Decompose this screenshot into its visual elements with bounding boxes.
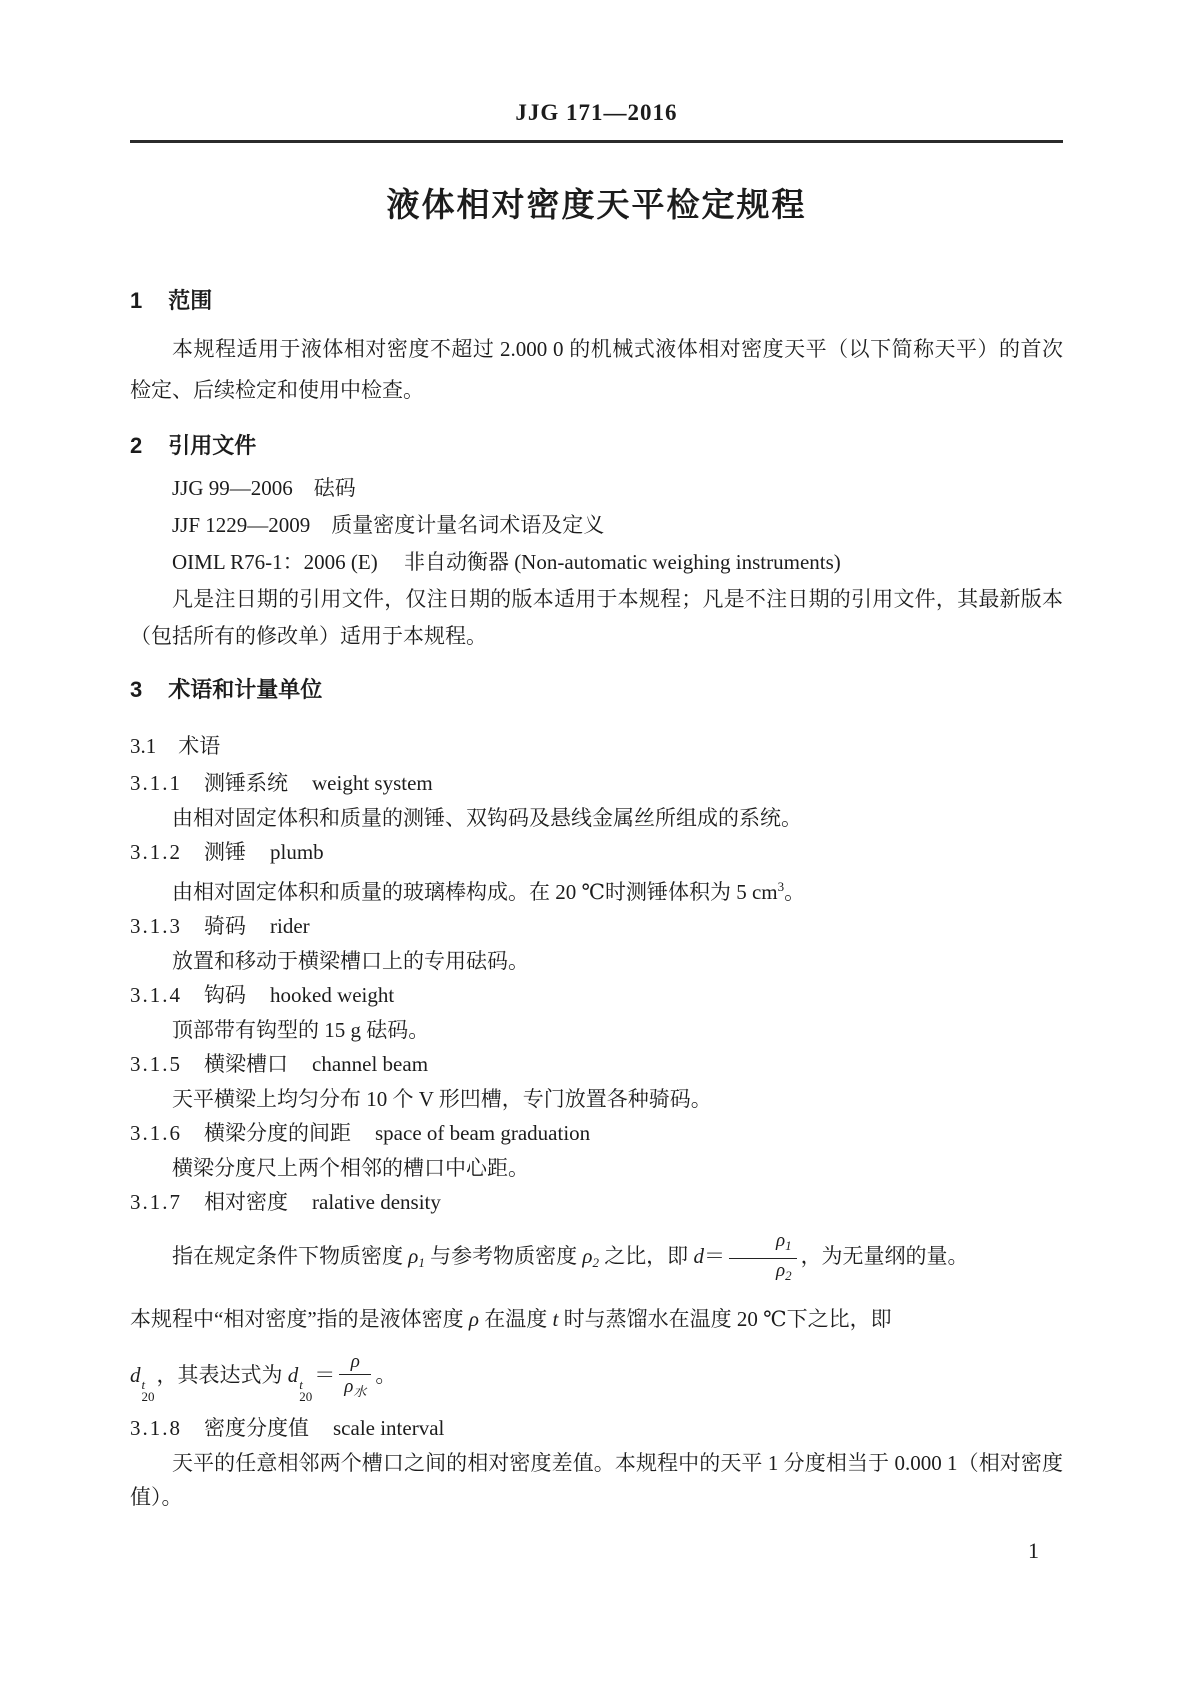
subsection-3-1-heading: 3.1术语: [130, 730, 1063, 762]
subsection-number: 3.1: [130, 734, 156, 758]
formula-text: ，其表达式为: [157, 1363, 288, 1387]
reference-item: JJF 1229—2009 质量密度计量名词术语及定义: [130, 507, 1063, 544]
formula-text: 之比，即: [599, 1244, 694, 1268]
definition-text: 由相对固定体积和质量的玻璃棒构成。在 20 ℃时测锤体积为 5 cm: [172, 880, 778, 904]
formula-paragraph-3: dt20，其表达式为 dt20＝ρρ水。: [130, 1347, 1063, 1403]
formula-text: 时与蒸馏水在温度 20 ℃下之比，即: [558, 1307, 891, 1331]
term-name-zh: 骑码: [204, 915, 246, 938]
section-title: 术语和计量单位: [168, 677, 322, 702]
term-heading-3-1-2: 3.1.2测锤plumb: [130, 835, 1063, 870]
term-name-en: space of beam graduation: [375, 1121, 590, 1145]
reference-list: JJG 99—2006 砝码 JJF 1229—2009 质量密度计量名词术语及…: [130, 470, 1063, 655]
equals-sign: ＝: [704, 1244, 725, 1268]
term-number: 3.1.5: [130, 1052, 182, 1076]
term-name-en: scale interval: [333, 1416, 444, 1440]
term-name-zh: 测锤: [204, 841, 246, 864]
term-name-zh: 横梁槽口: [204, 1053, 288, 1076]
document-title: 液体相对密度天平检定规程: [130, 179, 1063, 226]
d-sup-sub: t20: [142, 1379, 155, 1403]
reference-note: 凡是注日期的引用文件，仅注日期的版本适用于本规程；凡是不注日期的引用文件，其最新…: [130, 581, 1063, 655]
term-definition: 由相对固定体积和质量的玻璃棒构成。在 20 ℃时测锤体积为 5 cm3。: [130, 870, 1063, 909]
section-1-paragraph: 本规程适用于液体相对密度不超过 2.000 0 的机械式液体相对密度天平（以下简…: [130, 329, 1063, 411]
running-header: JJG 171—2016: [130, 0, 1063, 126]
fraction-rho-over-rho-water: ρρ水: [339, 1351, 371, 1403]
section-number: 3: [130, 677, 142, 702]
section-number: 1: [130, 288, 142, 313]
page-number: 1: [1028, 1538, 1039, 1564]
term-number: 3.1.8: [130, 1416, 182, 1440]
section-title: 范围: [168, 288, 212, 313]
term-definition: 横梁分度尺上两个相邻的槽口中心距。: [130, 1151, 1063, 1185]
terms-list: 3.1.1测锤系统weight system 由相对固定体积和质量的测锤、双钩码…: [130, 766, 1063, 1514]
formula-paragraph-2: 本规程中“相对密度”指的是液体密度 ρ 在温度 t 时与蒸馏水在温度 20 ℃下…: [130, 1299, 1063, 1339]
term-heading-3-1-8: 3.1.8密度分度值scale interval: [130, 1411, 1063, 1446]
term-definition: 顶部带有钩型的 15 g 砝码。: [130, 1013, 1063, 1047]
term-name-zh: 相对密度: [204, 1191, 288, 1214]
formula-text: 本规程中“相对密度”指的是液体密度: [130, 1307, 469, 1331]
subsection-title: 术语: [178, 734, 220, 758]
term-name-en: rider: [270, 914, 310, 938]
definition-text: 。: [784, 880, 805, 904]
section-1-heading: 1范围: [130, 284, 1063, 315]
term-definition: 天平横梁上均匀分布 10 个 V 形凹槽，专门放置各种骑码。: [130, 1082, 1063, 1116]
term-heading-3-1-1: 3.1.1测锤系统weight system: [130, 766, 1063, 801]
term-heading-3-1-7: 3.1.7相对密度ralative density: [130, 1185, 1063, 1220]
d20t-symbol: d: [130, 1363, 141, 1387]
section-number: 2: [130, 433, 142, 458]
reference-item: OIML R76-1：2006 (E) 非自动衡器 (Non-automatic…: [130, 544, 1063, 581]
section-3-heading: 3术语和计量单位: [130, 673, 1063, 704]
formula-text: 。: [375, 1363, 396, 1387]
term-name-en: weight system: [312, 771, 433, 795]
term-number: 3.1.3: [130, 914, 182, 938]
term-number: 3.1.6: [130, 1121, 182, 1145]
term-name-en: plumb: [270, 840, 324, 864]
term-name-zh: 测锤系统: [204, 772, 288, 795]
term-name-en: ralative density: [312, 1190, 441, 1214]
term-definition: 放置和移动于横梁槽口上的专用砝码。: [130, 944, 1063, 978]
rho-1-symbol: ρ1: [408, 1244, 425, 1268]
d20t-symbol: d: [288, 1363, 299, 1387]
term-definition: 天平的任意相邻两个槽口之间的相对密度差值。本规程中的天平 1 分度相当于 0.0…: [130, 1446, 1063, 1514]
term-number: 3.1.7: [130, 1190, 182, 1214]
section-title: 引用文件: [168, 433, 256, 458]
formula-paragraph-1: 指在规定条件下物质密度 ρ1 与参考物质密度 ρ2 之比，即 d＝ρ1ρ2，为无…: [130, 1228, 1063, 1291]
term-name-zh: 密度分度值: [204, 1417, 309, 1440]
formula-text: 指在规定条件下物质密度: [172, 1244, 408, 1268]
term-name-en: hooked weight: [270, 983, 394, 1007]
term-heading-3-1-4: 3.1.4钩码hooked weight: [130, 978, 1063, 1013]
formula-text: 与参考物质密度: [425, 1244, 583, 1268]
term-definition: 由相对固定体积和质量的测锤、双钩码及悬线金属丝所组成的系统。: [130, 801, 1063, 835]
term-heading-3-1-6: 3.1.6横梁分度的间距space of beam graduation: [130, 1116, 1063, 1151]
d-sup-sub: t20: [299, 1379, 312, 1403]
fraction-rho1-over-rho2: ρ1ρ2: [729, 1230, 797, 1287]
term-heading-3-1-3: 3.1.3骑码rider: [130, 909, 1063, 944]
document-page: JJG 171—2016 液体相对密度天平检定规程 1范围 本规程适用于液体相对…: [0, 0, 1191, 1684]
equals-sign: ＝: [314, 1363, 335, 1387]
term-heading-3-1-5: 3.1.5横梁槽口channel beam: [130, 1047, 1063, 1082]
formula-text: ，为无量纲的量。: [801, 1244, 969, 1268]
term-number: 3.1.2: [130, 840, 182, 864]
term-name-en: channel beam: [312, 1052, 428, 1076]
term-name-zh: 钩码: [204, 984, 246, 1007]
d-symbol: d: [693, 1244, 704, 1268]
rho-2-symbol: ρ2: [582, 1244, 599, 1268]
term-number: 3.1.1: [130, 771, 182, 795]
reference-item: JJG 99—2006 砝码: [130, 470, 1063, 507]
rho-symbol: ρ: [469, 1307, 479, 1331]
page-content: JJG 171—2016 液体相对密度天平检定规程 1范围 本规程适用于液体相对…: [130, 0, 1063, 1514]
term-name-zh: 横梁分度的间距: [204, 1122, 351, 1145]
formula-text: 在温度: [479, 1307, 553, 1331]
section-2-heading: 2引用文件: [130, 429, 1063, 460]
term-number: 3.1.4: [130, 983, 182, 1007]
header-rule: [130, 140, 1063, 143]
